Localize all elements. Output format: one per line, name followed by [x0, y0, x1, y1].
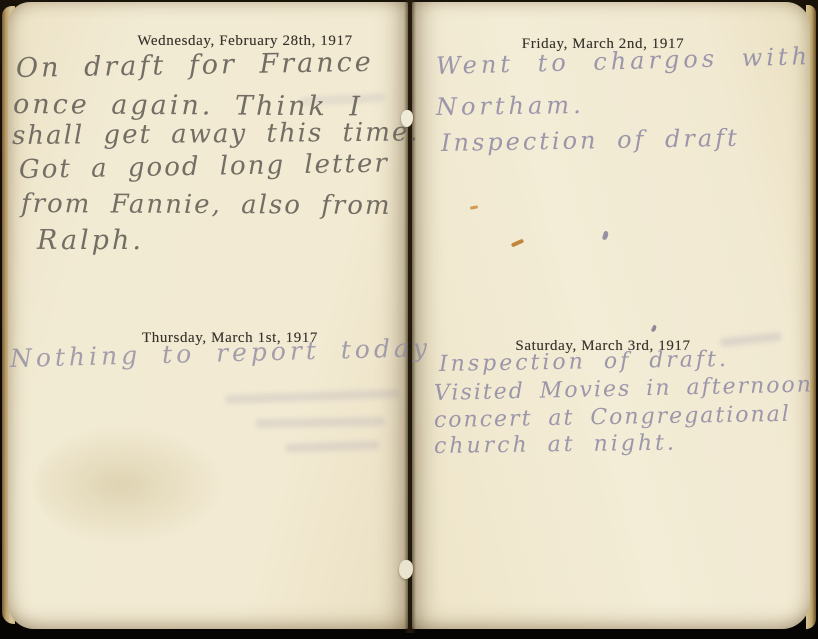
handwriting-line: Inspection of draft [441, 124, 740, 157]
diary-photo: Wednesday, February 28th, 1917 On draft … [0, 0, 818, 639]
handwriting-line: Ralph. [37, 225, 144, 256]
handwriting-line: church at night. [434, 431, 677, 459]
handwriting-line: On draft for France [16, 47, 374, 84]
handwriting-line: shall get away this time. [12, 117, 420, 151]
handwriting-line: Northam. [436, 91, 585, 121]
handwriting-line: Inspection of draft. [439, 347, 729, 377]
handwriting-line: from Fannie, also from [21, 189, 392, 221]
book-gutter [404, 0, 416, 633]
